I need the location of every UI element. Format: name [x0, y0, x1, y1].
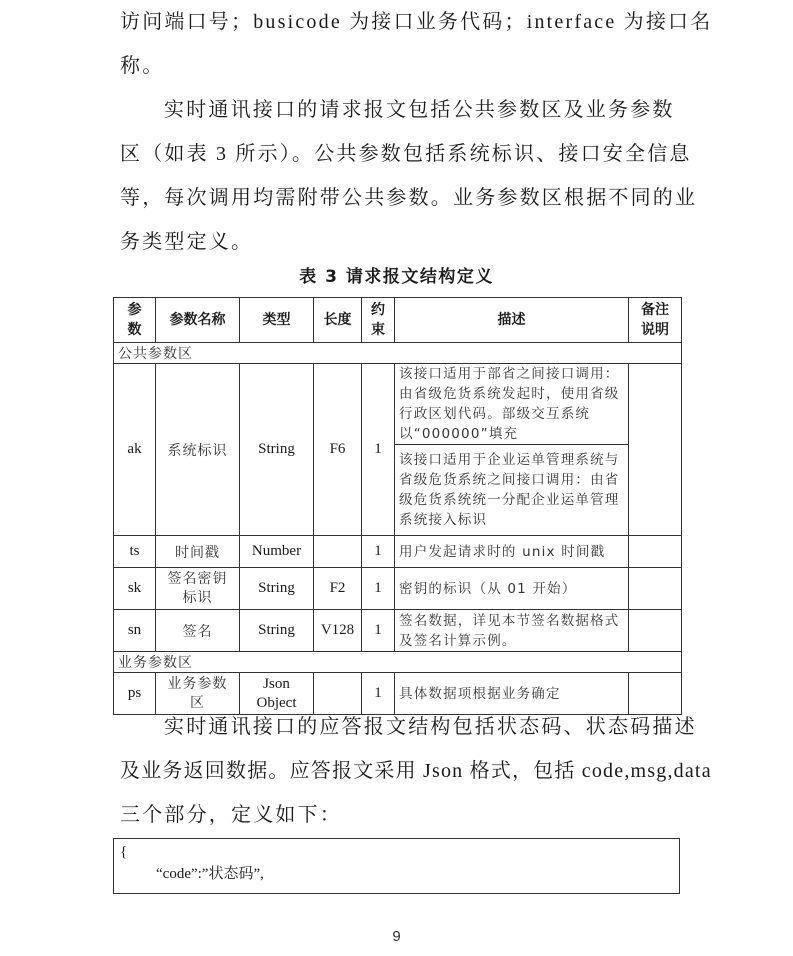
text-line: 实时通讯接口的请求报文包括公共参数区及业务参数 [120, 88, 680, 132]
text-line: 三个部分，定义如下： [120, 793, 680, 837]
cell-param: sn [114, 610, 156, 652]
section-row-public: 公共参数区 [114, 343, 682, 364]
cell-constraint: 1 [362, 536, 395, 568]
cell-constraint: 1 [362, 568, 395, 610]
code-line: “code”:”状态码”, [120, 863, 673, 885]
cell-param: ts [114, 536, 156, 568]
header-type: 类型 [240, 298, 314, 343]
cell-length: F6 [314, 364, 362, 536]
text-line: 访问端口号；busicode 为接口业务代码；interface 为接口名 [120, 0, 680, 44]
paragraph-response-structure: 实时通讯接口的应答报文结构包括状态码、状态码描述 及业务返回数据。应答报文采用 … [120, 705, 680, 837]
section-label-business: 业务参数区 [114, 652, 682, 673]
text-line: 区（如表 3 所示）。公共参数包括系统标识、接口安全信息 [120, 132, 680, 176]
page-number: 9 [0, 928, 793, 945]
cell-name: 签名 [156, 610, 240, 652]
text-line: 务类型定义。 [120, 220, 680, 264]
cell-name: 系统标识 [156, 364, 240, 536]
header-param-name: 参数名称 [156, 298, 240, 343]
cell-description: 用户发起请求时的 unix 时间戳 [395, 536, 629, 568]
cell-type: String [240, 364, 314, 536]
cell-name: 签名密钥标识 [156, 568, 240, 610]
cell-type: String [240, 610, 314, 652]
cell-type: Number [240, 536, 314, 568]
text-line: 称。 [120, 44, 680, 88]
cell-description: 密钥的标识（从 01 开始） [395, 568, 629, 610]
cell-type: String [240, 568, 314, 610]
cell-remarks [629, 568, 682, 610]
text-line: 及业务返回数据。应答报文采用 Json 格式，包括 code,msg,data [120, 749, 680, 793]
cell-remarks [629, 364, 682, 536]
cell-param: ak [114, 364, 156, 536]
cell-length: V128 [314, 610, 362, 652]
section-row-business: 业务参数区 [114, 652, 682, 673]
text-line: 实时通讯接口的应答报文结构包括状态码、状态码描述 [120, 705, 680, 749]
cell-description-2: 该接口适用于企业运单管理系统与省级危货系统之间接口调用：由省级危货系统统一分配企… [395, 445, 629, 536]
header-param: 参数 [114, 298, 156, 343]
header-remarks: 备注说明 [629, 298, 682, 343]
section-label-public: 公共参数区 [114, 343, 682, 364]
table-row-sn: sn 签名 String V128 1 签名数据，详见本节签名数据格式及签名计算… [114, 610, 682, 652]
header-length: 长度 [314, 298, 362, 343]
paragraph-intro-continuation: 访问端口号；busicode 为接口业务代码；interface 为接口名 称。 [120, 0, 680, 88]
table-row-sk: sk 签名密钥标识 String F2 1 密钥的标识（从 01 开始） [114, 568, 682, 610]
header-description: 描述 [395, 298, 629, 343]
cell-param: sk [114, 568, 156, 610]
cell-remarks [629, 610, 682, 652]
cell-remarks [629, 536, 682, 568]
header-constraint: 约束 [362, 298, 395, 343]
cell-name: 时间戳 [156, 536, 240, 568]
paragraph-request-structure: 实时通讯接口的请求报文包括公共参数区及业务参数 区（如表 3 所示）。公共参数包… [120, 88, 680, 264]
cell-description-1: 该接口适用于部省之间接口调用：由省级危货系统发起时，使用省级行政区划代码。部级交… [395, 364, 629, 445]
table-row-ts: ts 时间戳 Number 1 用户发起请求时的 unix 时间戳 [114, 536, 682, 568]
cell-constraint: 1 [362, 610, 395, 652]
table-header-row: 参数 参数名称 类型 长度 约束 描述 备注说明 [114, 298, 682, 343]
code-line: { [120, 841, 673, 863]
table-row-ak: ak 系统标识 String F6 1 该接口适用于部省之间接口调用：由省级危货… [114, 364, 682, 445]
json-code-block: { “code”:”状态码”, [113, 838, 680, 894]
cell-description: 签名数据，详见本节签名数据格式及签名计算示例。 [395, 610, 629, 652]
cell-length [314, 536, 362, 568]
request-structure-table: 参数 参数名称 类型 长度 约束 描述 备注说明 公共参数区 ak 系统标识 S… [113, 297, 682, 715]
table-caption: 表 3 请求报文结构定义 [0, 262, 793, 287]
cell-length: F2 [314, 568, 362, 610]
cell-constraint: 1 [362, 364, 395, 536]
text-line: 等，每次调用均需附带公共参数。业务参数区根据不同的业 [120, 176, 680, 220]
